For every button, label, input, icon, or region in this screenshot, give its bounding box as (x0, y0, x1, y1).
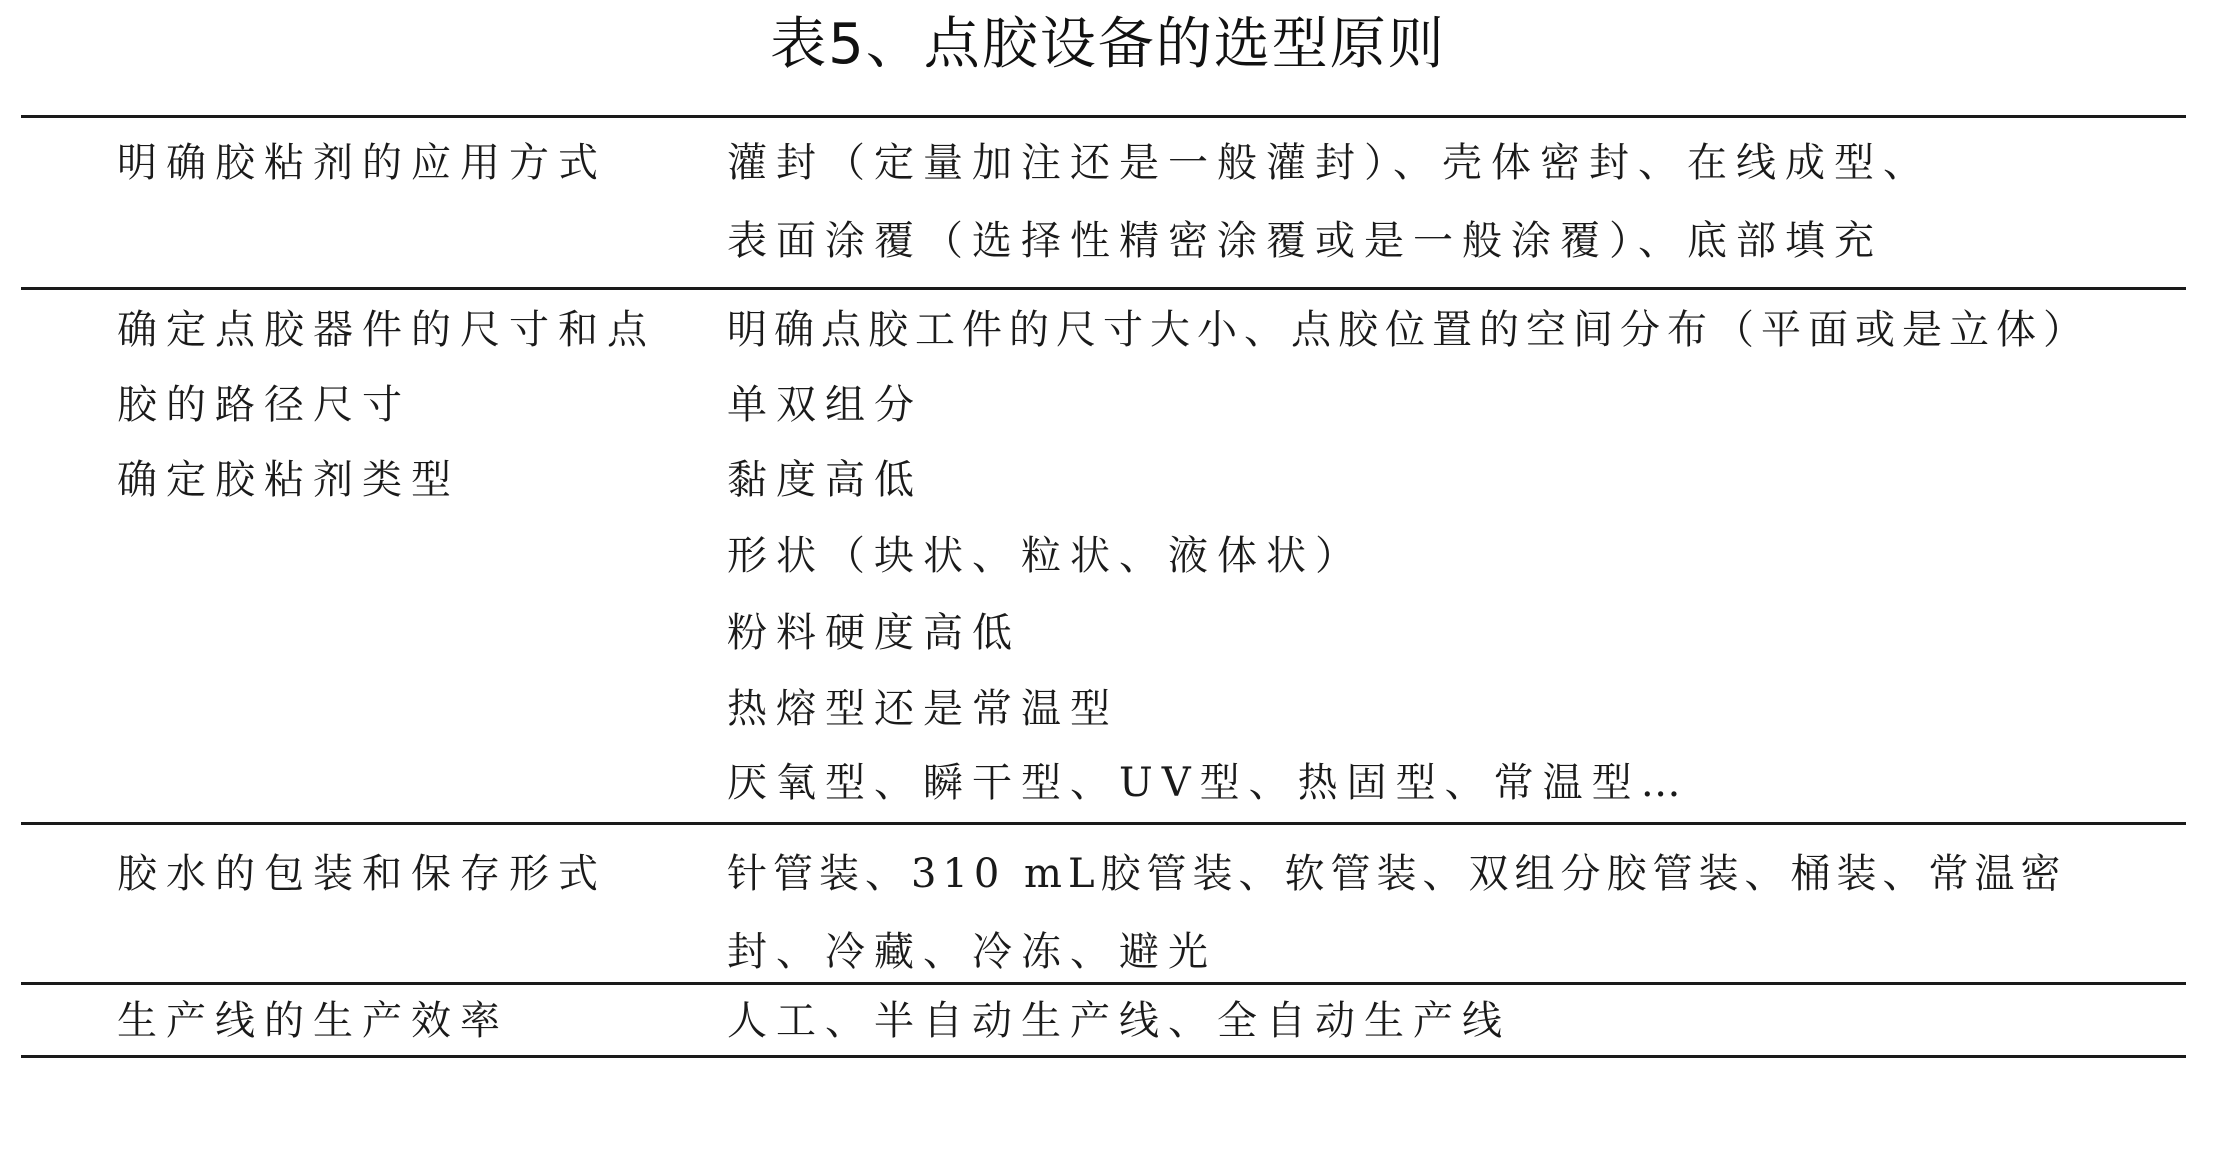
table-top-rule (21, 115, 2186, 118)
row-divider (21, 822, 2186, 825)
detail-text: 封、冷藏、冷冻、避光 (727, 927, 1217, 977)
criterion-text: 确定胶粘剂类型 (117, 455, 460, 505)
criterion-text: 确定点胶器件的尺寸和点 (117, 305, 656, 355)
criterion-text: 明确胶粘剂的应用方式 (117, 138, 607, 188)
detail-text: 表面涂覆（选择性精密涂覆或是一般涂覆）、底部填充 (727, 216, 1883, 266)
detail-text: 形状（块状、粒状、液体状） (727, 531, 1364, 581)
detail-text: 人工、半自动生产线、全自动生产线 (727, 996, 1511, 1046)
row-divider (21, 982, 2186, 985)
table-title: 表5、点胶设备的选型原则 (0, 10, 2216, 80)
detail-text: 热熔型还是常温型 (727, 684, 1119, 734)
criterion-text: 生产线的生产效率 (117, 996, 509, 1046)
detail-text: 厌氧型、瞬干型、UV型、热固型、常温型… (727, 758, 1690, 808)
criterion-text: 胶的路径尺寸 (117, 380, 411, 430)
criterion-text: 胶水的包装和保存形式 (117, 849, 607, 899)
detail-text: 粉料硬度高低 (727, 608, 1021, 658)
detail-text: 黏度高低 (727, 455, 923, 505)
row-divider (21, 287, 2186, 290)
detail-text: 灌封（定量加注还是一般灌封）、壳体密封、在线成型、 (727, 138, 1932, 188)
detail-text: 明确点胶工件的尺寸大小、点胶位置的空间分布（平面或是立体） (727, 305, 2090, 355)
table-bottom-rule (21, 1055, 2186, 1058)
detail-text: 单双组分 (727, 380, 923, 430)
detail-text: 针管装、310 mL胶管装、软管装、双组分胶管装、桶装、常温密 (727, 849, 2067, 899)
